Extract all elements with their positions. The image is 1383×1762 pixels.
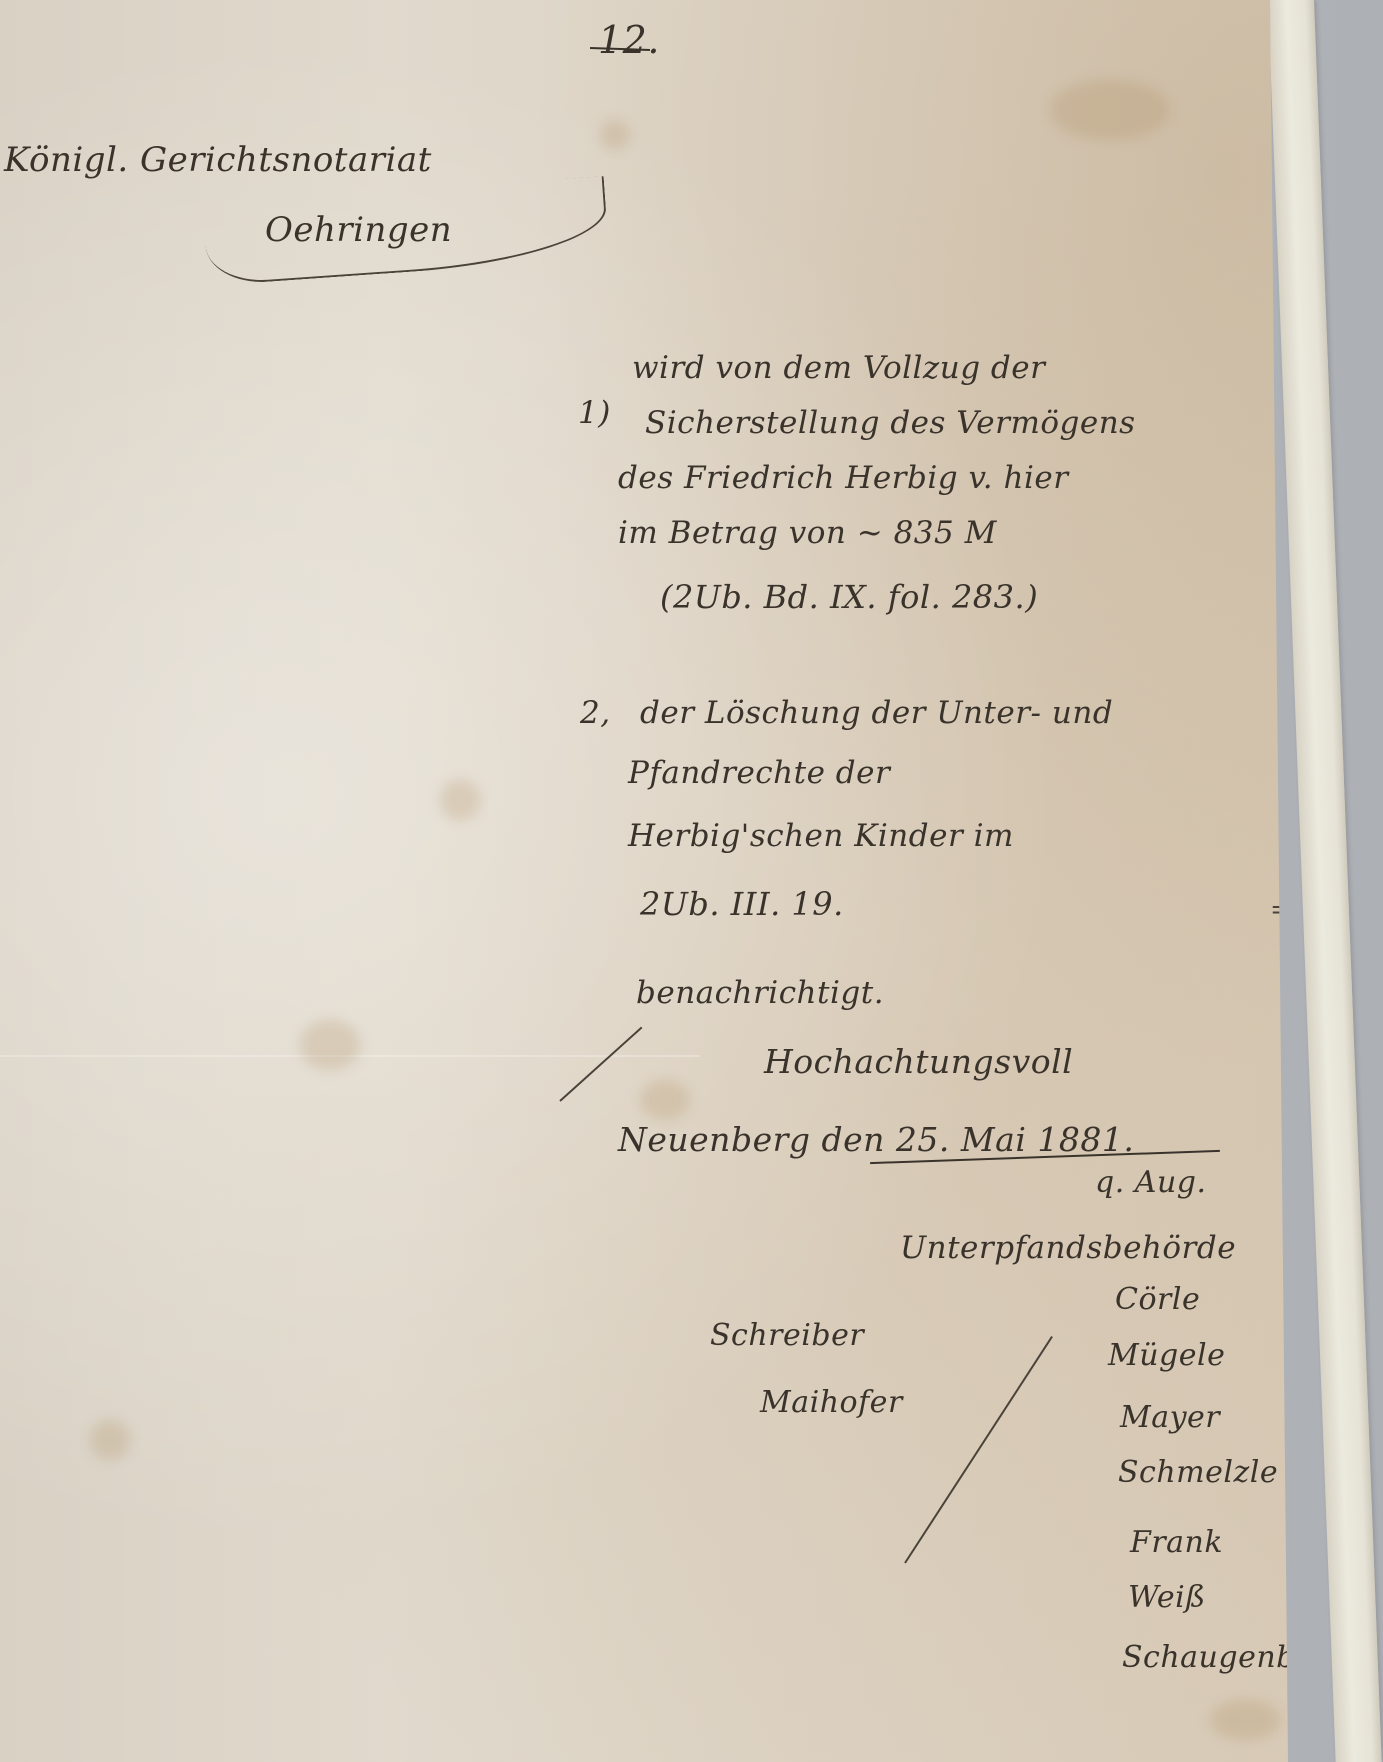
item1-reference: (2Ub. Bd. IX. fol. 283.) <box>660 578 1038 616</box>
per-procurationem: q. Aug. <box>1095 1165 1207 1200</box>
clerk-title: Schreiber <box>710 1318 864 1353</box>
page-number: 12. <box>598 18 660 62</box>
addressee-office: Königl. Gerichtsnotariat <box>4 140 432 180</box>
foxing-stain <box>1210 1700 1280 1740</box>
addressee-place: Oehringen <box>265 210 452 250</box>
foxing-stain <box>640 1080 690 1120</box>
closing-verb: benachrichtigt. <box>636 975 884 1011</box>
item2-line: der Löschung der Unter- und <box>640 695 1113 731</box>
place-and-date: Neuenberg den 25. Mai 1881. <box>618 1120 1134 1159</box>
body-intro: wird von dem Vollzug der <box>632 350 1045 386</box>
council-signature: Mayer <box>1120 1400 1220 1435</box>
council-signature: Frank <box>1130 1525 1223 1560</box>
council-signature: Weiß <box>1128 1580 1206 1615</box>
item2-line: Herbig'schen Kinder im <box>628 818 1014 854</box>
item2-reference: 2Ub. III. 19. <box>640 885 844 923</box>
council-signature: Schmelzle <box>1118 1455 1278 1490</box>
item2-line: Pfandrechte der <box>628 755 890 791</box>
place: Neuenberg <box>618 1120 811 1159</box>
foxing-stain <box>90 1420 130 1460</box>
council-signature: Mügele <box>1108 1338 1225 1373</box>
document-page: 12. Königl. Gerichtsnotariat Oehringen w… <box>0 0 1288 1762</box>
valediction: Hochachtungsvoll <box>764 1042 1073 1081</box>
foxing-stain <box>600 120 630 150</box>
item2-number: 2, <box>580 695 611 731</box>
item1-line: des Friedrich Herbig v. hier <box>618 460 1069 496</box>
clerk-signature: Maihofer <box>760 1385 903 1420</box>
foxing-stain <box>440 780 480 820</box>
item1-line: im Betrag von ~ 835 M <box>618 515 997 551</box>
issuing-authority: Unterpfandsbehörde <box>900 1230 1236 1266</box>
foxing-stain <box>300 1020 360 1070</box>
date: den 25. Mai 1881. <box>822 1120 1135 1159</box>
signature-flourish <box>904 1336 1053 1564</box>
item1-number: 1) <box>578 395 611 431</box>
foxing-stain <box>1050 80 1170 140</box>
council-signature: Cörle <box>1115 1282 1200 1317</box>
place-flourish <box>559 1027 642 1102</box>
item1-line: Sicherstellung des Vermögens <box>645 405 1136 441</box>
